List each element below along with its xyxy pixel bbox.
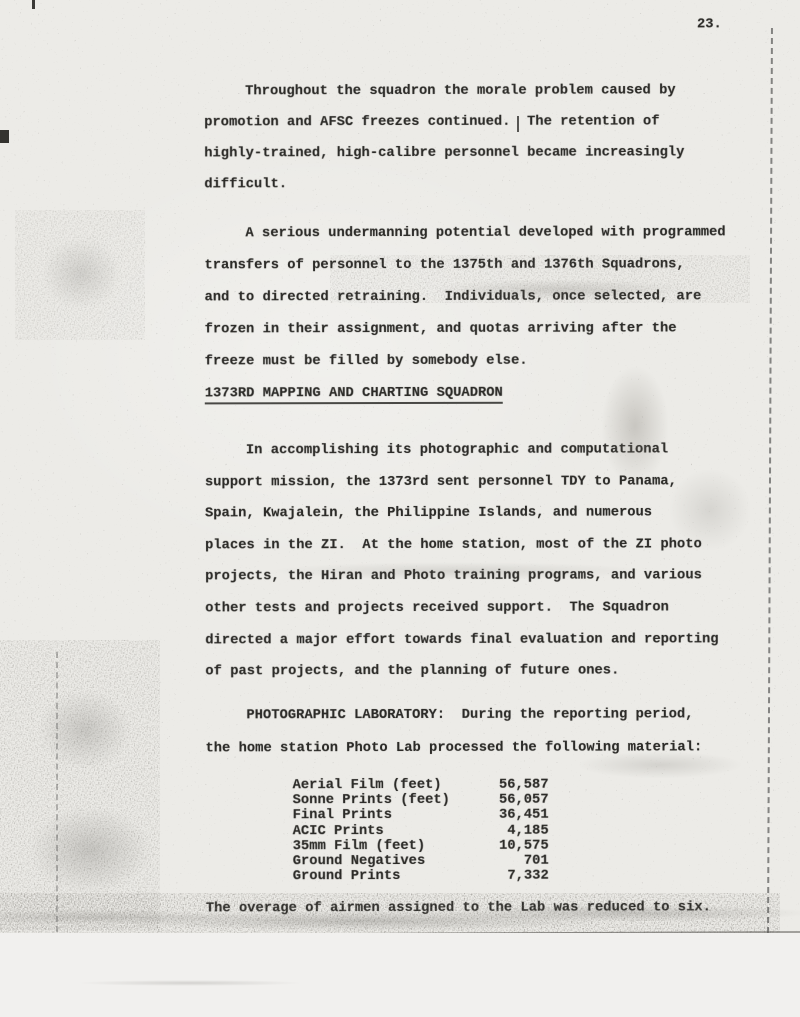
row-label: 35mm Film (feet)	[293, 839, 426, 854]
table-row: Sonne Prints (feet) 56,057	[293, 793, 549, 809]
text-line: other tests and projects received suppor…	[205, 592, 718, 625]
table-row: ACIC Prints 4,185	[293, 823, 549, 839]
row-value: 7,332	[507, 869, 548, 884]
typewritten-content: 23. Throughout the squadron the morale p…	[0, 0, 800, 1017]
table-row: 35mm Film (feet) 10,575	[293, 838, 549, 854]
text-line: Spain, Kwajalein, the Philippine Islands…	[205, 498, 718, 531]
text-line: difficult.	[204, 168, 684, 200]
text-line: frozen in their assignment, and quotas a…	[205, 313, 726, 346]
table-row: Ground Prints 7,332	[293, 869, 549, 885]
text-line: freeze must be filled by somebody else.	[205, 345, 726, 378]
text-line: projects, the Hiran and Photo training p…	[205, 561, 718, 594]
text-line: Throughout the squadron the morale probl…	[204, 75, 684, 107]
section-heading: 1373RD MAPPING AND CHARTING SQUADRON	[205, 386, 503, 405]
text-line: and to directed retraining. Individuals,…	[205, 281, 726, 314]
row-label: ACIC Prints	[293, 824, 384, 839]
row-label: Ground Prints	[293, 869, 401, 884]
paragraph-undermanning: A serious undermanning potential develop…	[204, 217, 726, 378]
table-row: Aerial Film (feet) 56,587	[293, 778, 549, 794]
row-value: 10,575	[499, 838, 549, 853]
table-row: Ground Negatives 701	[293, 854, 549, 870]
row-label: Final Prints	[293, 808, 392, 823]
text-line: transfers of personnel to the 1375th and…	[204, 249, 725, 282]
row-value: 701	[524, 854, 549, 869]
text-line: support mission, the 1373rd sent personn…	[205, 466, 718, 499]
text-line: In accomplishing its photographic and co…	[205, 434, 718, 467]
row-label: Sonne Prints (feet)	[293, 793, 450, 809]
text-line: highly-trained, high-calibre personnel b…	[204, 137, 684, 169]
row-value: 4,185	[507, 823, 548, 838]
text-line: A serious undermanning potential develop…	[204, 217, 725, 250]
row-label: Aerial Film (feet)	[293, 778, 442, 793]
text-line: promotion and AFSC freezes continued. Th…	[204, 106, 684, 138]
row-value: 56,057	[499, 793, 549, 808]
row-label: Ground Negatives	[293, 854, 426, 869]
paragraph-morale: Throughout the squadron the morale probl…	[204, 75, 684, 200]
paragraph-photo-lab: PHOTOGRAPHIC LABORATORY: During the repo…	[205, 699, 702, 765]
table-row: Final Prints 36,451	[293, 808, 549, 824]
row-value: 56,587	[499, 778, 549, 793]
text-line: the home station Photo Lab processed the…	[205, 732, 702, 766]
page-number: 23.	[697, 17, 722, 32]
text-line: directed a major effort towards final ev…	[205, 624, 718, 657]
text-line: of past projects, and the planning of fu…	[205, 655, 718, 688]
photo-lab-output-table: Aerial Film (feet) 56,587 Sonne Prints (…	[293, 778, 549, 885]
paragraph-squadron-mission: In accomplishing its photographic and co…	[205, 434, 719, 688]
text-line: places in the ZI. At the home station, m…	[205, 529, 718, 562]
row-value: 36,451	[499, 808, 549, 823]
text-line: PHOTOGRAPHIC LABORATORY: During the repo…	[205, 699, 702, 733]
scanned-document-page: 23. Throughout the squadron the morale p…	[0, 0, 800, 1017]
closing-line: The overage of airmen assigned to the La…	[206, 900, 711, 916]
